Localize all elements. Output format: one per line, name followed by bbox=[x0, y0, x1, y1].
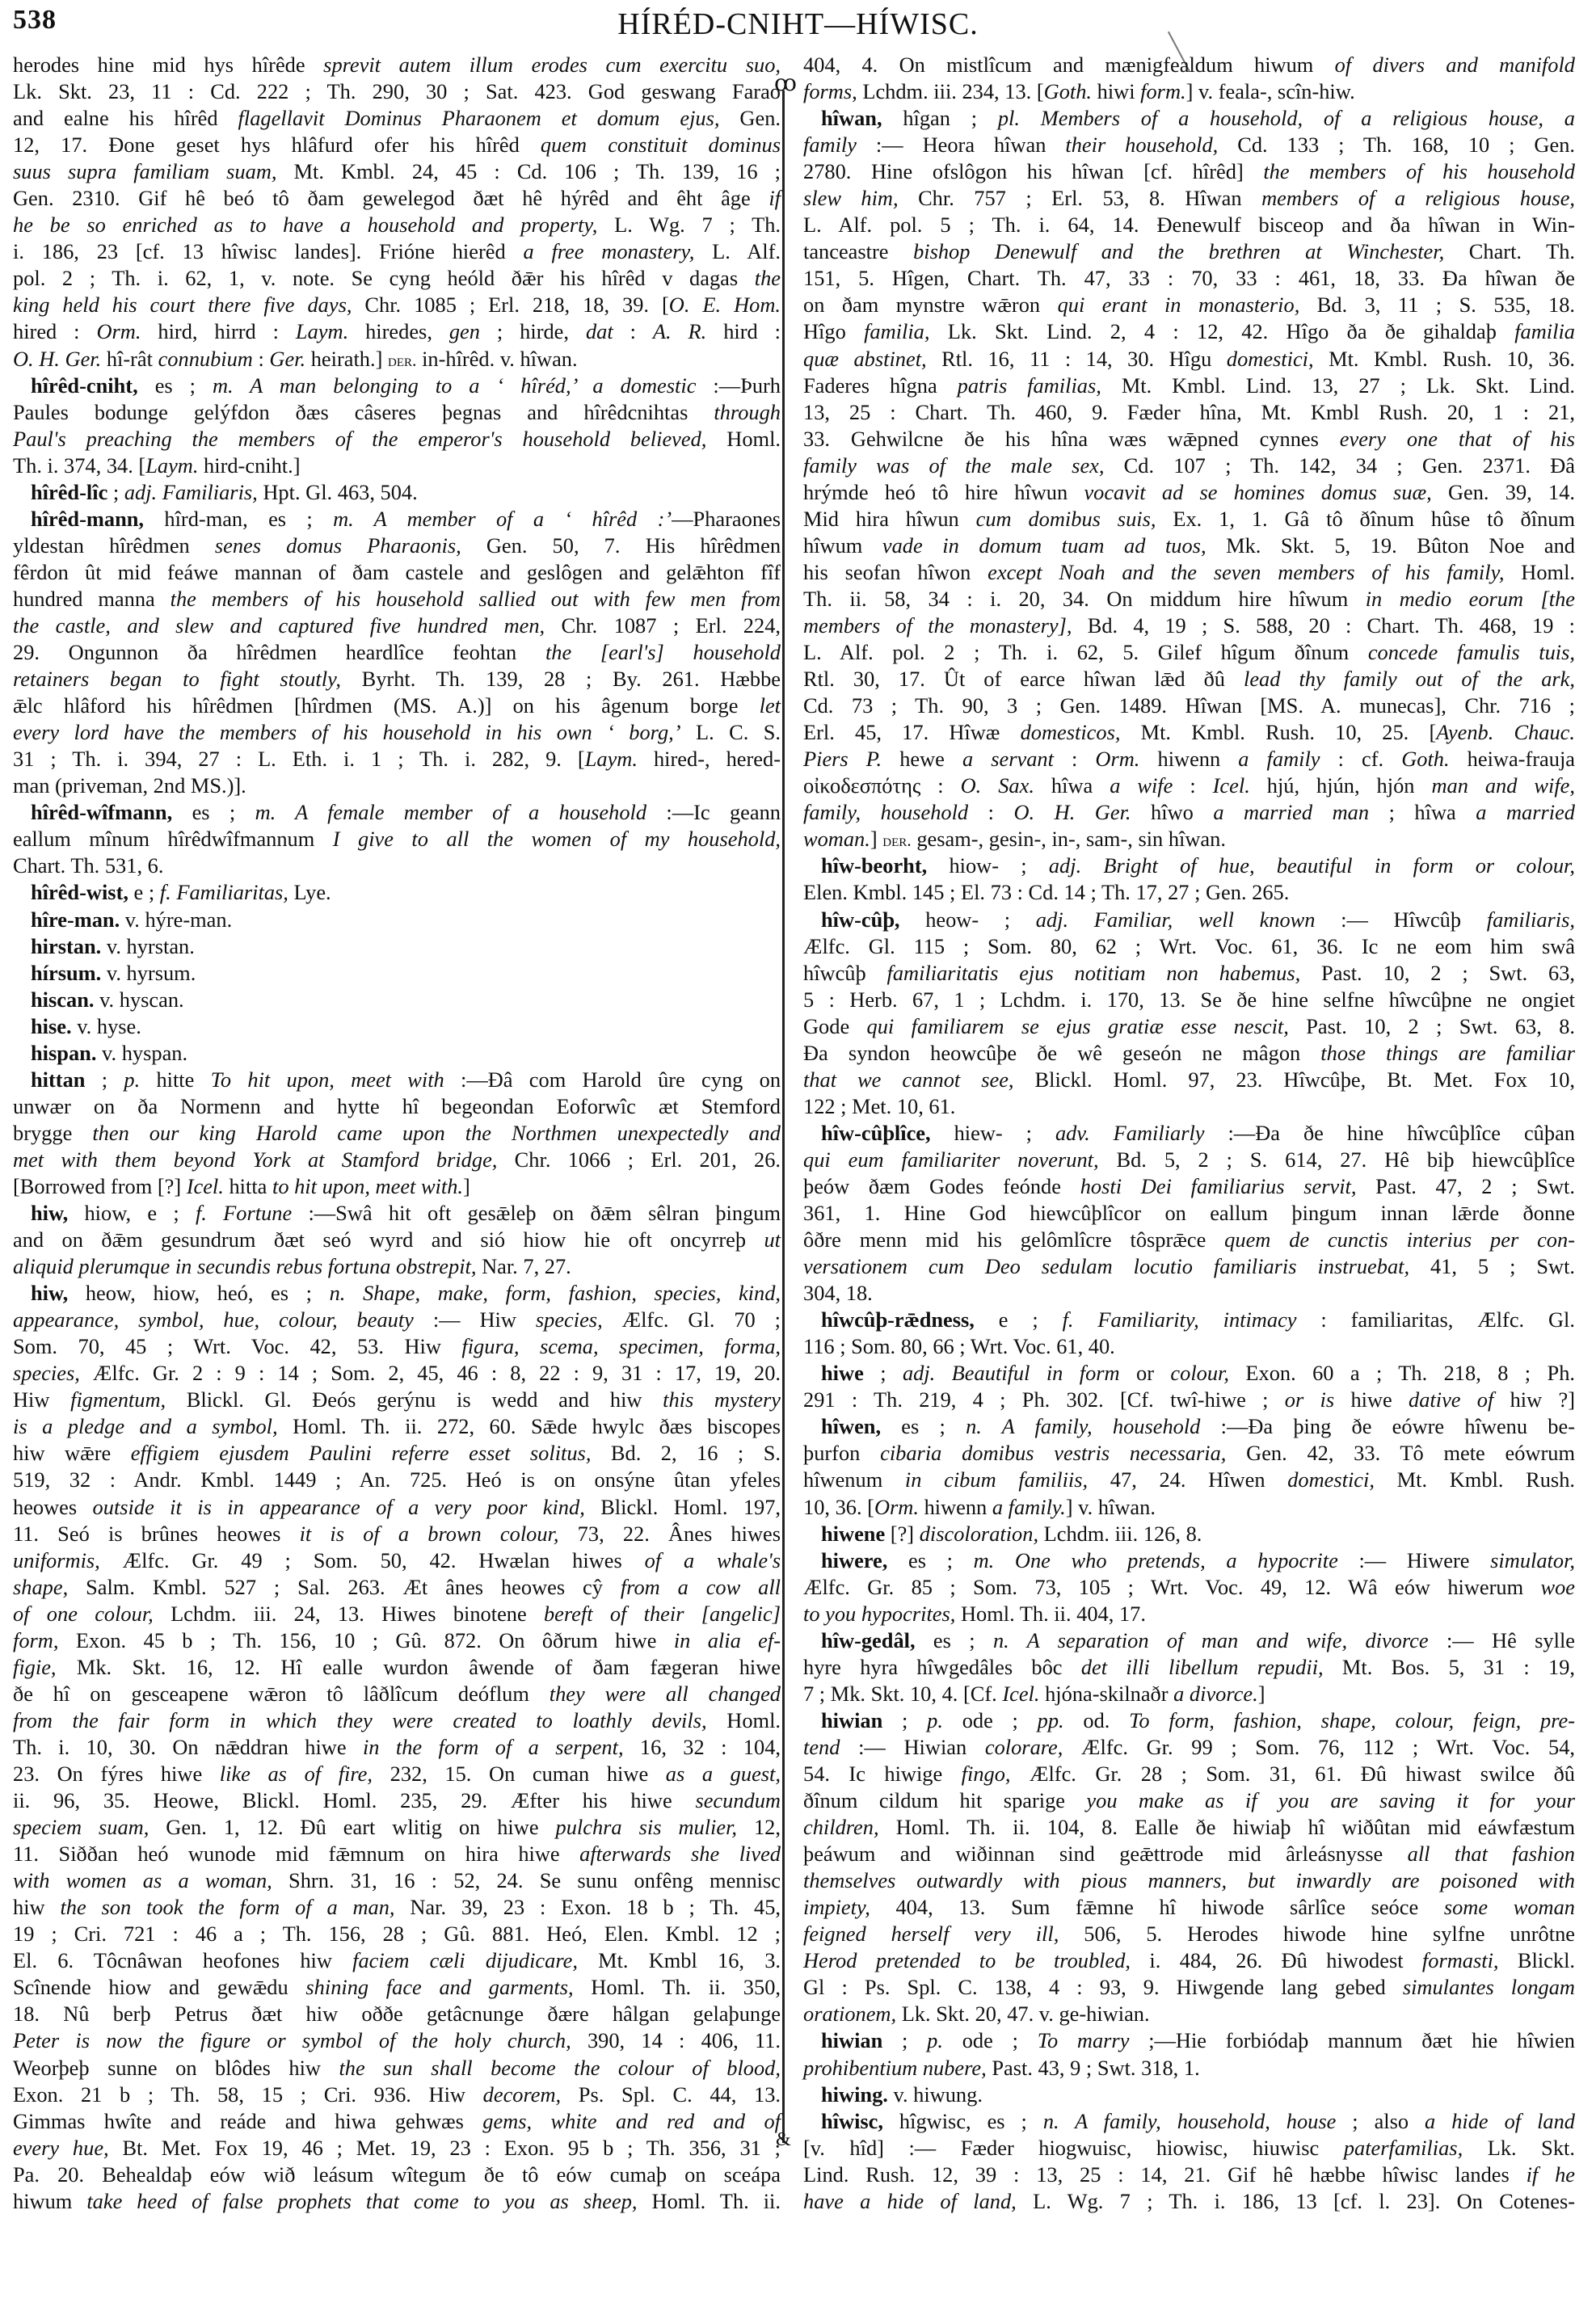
text-line: Ða syndon heowcûþe ðe wê geseón ne mâgon… bbox=[803, 1040, 1575, 1067]
italic-gloss: m. A man belonging to a ‘ hîréd,’ a dome… bbox=[213, 373, 696, 398]
italic-gloss: aliquid plerumque in secundis rebus fort… bbox=[13, 1254, 476, 1278]
italic-gloss: children, bbox=[803, 1815, 879, 1839]
italic-gloss: take heed of false prophets that come to… bbox=[86, 2189, 637, 2213]
italic-gloss: quæ abstinet, bbox=[803, 347, 927, 371]
italic-gloss: forms, bbox=[803, 79, 857, 103]
text-line: hrýmde heó tô hire hîwun vocavit ad se h… bbox=[803, 479, 1575, 506]
italic-gloss: det illi libellum repudii, bbox=[1081, 1655, 1324, 1679]
text-line: ôðre menn mid his gelômlîcre tôsprǣce qu… bbox=[803, 1227, 1575, 1253]
text-line: þeáwum and wiðinnan sind geǣttrode mid â… bbox=[803, 1841, 1575, 1867]
italic-gloss: shape, bbox=[13, 1575, 68, 1599]
text-line: hiwum take heed of false prophets that c… bbox=[13, 2188, 781, 2215]
text-line: hiw the son took the form of a man, Nar.… bbox=[13, 1894, 781, 1921]
italic-gloss: they were all changed bbox=[550, 1682, 781, 1706]
italic-gloss: Laym. bbox=[585, 747, 638, 771]
text-line: Paules bodunge gelýfdon ðæs câseres þegn… bbox=[13, 399, 781, 426]
italic-gloss: shining face and garments, bbox=[305, 1975, 573, 1999]
italic-gloss: feigned herself very ill, bbox=[803, 1922, 1059, 1946]
italic-gloss: adv. Familiarly bbox=[1055, 1121, 1205, 1145]
entry-start-line: hîrêd-lîc ; adj. Familiaris, Hpt. Gl. 46… bbox=[13, 479, 781, 506]
italic-gloss: colour, bbox=[1170, 1361, 1229, 1385]
italic-gloss: from the fair form in which they were cr… bbox=[13, 1708, 707, 1732]
text-line: 291 : Th. 219, 4 ; Ph. 302. [Cf. twî-hiw… bbox=[803, 1387, 1575, 1413]
entry-start-line: hiwing. v. hiwung. bbox=[803, 2082, 1575, 2108]
text-line: woman.] der. gesam-, gesin-, in-, sam-, … bbox=[803, 826, 1575, 852]
text-line: 31 ; Th. i. 394, 27 : L. Eth. i. 1 ; Th.… bbox=[13, 746, 781, 772]
text-line: fêrdon ût mid feáwe mannan of ðam castel… bbox=[13, 559, 781, 586]
italic-gloss: adj. Beautiful in form bbox=[903, 1361, 1120, 1385]
italic-gloss: faciem cæli dijudicare, bbox=[352, 1948, 578, 1972]
right-column: 404, 4. On mistlîcum and mænigfealdum hi… bbox=[803, 52, 1575, 2215]
text-line: family :— Heora hîwan their household, C… bbox=[803, 132, 1575, 158]
italic-gloss: m. One who pretends, a hypocrite bbox=[974, 1548, 1338, 1572]
italic-gloss: n. A family, household bbox=[966, 1414, 1200, 1438]
text-line: king held his court there five days, Chr… bbox=[13, 292, 781, 318]
text-line: Piers P. hewe a servant : Orm. hiwenn a … bbox=[803, 746, 1575, 772]
italic-gloss: through bbox=[714, 400, 781, 424]
text-line: tend :— Hiwian colorare, Ælfc. Gr. 99 ; … bbox=[803, 1734, 1575, 1761]
text-line: eallum mînum hîrêdwîfmannum I give to al… bbox=[13, 826, 781, 852]
italic-gloss: form. bbox=[1140, 79, 1185, 103]
italic-gloss: woe bbox=[1540, 1575, 1575, 1599]
text-line: children, Homl. Th. ii. 104, 8. Ealle ðe… bbox=[803, 1814, 1575, 1841]
text-line: 7 ; Mk. Skt. 10, 4. [Cf. Icel. hjóna-ski… bbox=[803, 1681, 1575, 1707]
italic-gloss: Paul's preaching the members of the empe… bbox=[13, 427, 706, 451]
text-line: have a hide of land, L. Wg. 7 ; Th. i. 1… bbox=[803, 2188, 1575, 2215]
text-line: impiety, 404, 13. Sum fǣmne hî hiwode sâ… bbox=[803, 1894, 1575, 1921]
italic-gloss: retainers began to fight stoutly, bbox=[13, 667, 341, 691]
italic-gloss: figmentum, bbox=[70, 1387, 166, 1412]
text-line: versationem cum Deo sedulam locutio fami… bbox=[803, 1253, 1575, 1280]
entry-start-line: hîw-cûþlîce, hiew- ; adv. Familiarly :—Ð… bbox=[803, 1120, 1575, 1147]
italic-gloss: suus supra familiam suam, bbox=[13, 159, 276, 183]
text-line: heowes outside it is in appearance of a … bbox=[13, 1494, 781, 1521]
entry-start-line: hiwe ; adj. Beautiful in form or colour,… bbox=[803, 1360, 1575, 1387]
text-line: hired : Orm. hird, hirrd : Laym. hiredes… bbox=[13, 318, 781, 345]
italic-gloss: king held his court there five days, bbox=[13, 293, 352, 317]
headword: hîre-man. bbox=[31, 907, 120, 932]
italic-gloss: themselves outwardly with pious manners,… bbox=[803, 1868, 1575, 1892]
text-line: Gimmas hwîte and reáde and hiwa gehwæs g… bbox=[13, 2108, 781, 2135]
text-line: 12, 17. Ðone geset hys hlâfurd ofer his … bbox=[13, 132, 781, 158]
text-line: is a pledge and a symbol, Homl. Th. ii. … bbox=[13, 1413, 781, 1440]
italic-gloss: Laym. bbox=[296, 319, 348, 343]
entry-start-line: hiscan. v. hyscan. bbox=[13, 987, 781, 1013]
left-column: herodes hine mid hys hîrêde sprevit aute… bbox=[13, 52, 781, 2215]
italic-gloss: the son took the form of a man, bbox=[60, 1895, 394, 1919]
entry-start-line: hîrêd-wist, e ; f. Familiaritas, Lye. bbox=[13, 879, 781, 906]
text-line: forms, Lchdm. iii. 234, 13. [Goth. hiwi … bbox=[803, 78, 1575, 105]
text-line: ðînum cildum hit sparige you make as if … bbox=[803, 1787, 1575, 1814]
text-line: El. 6. Tôcnâwan heofones hiw faciem cæli… bbox=[13, 1947, 781, 1974]
italic-gloss: you make as if you are saving it for you… bbox=[1086, 1788, 1575, 1812]
text-line: qui eum familiariter noverunt, Bd. 5, 2 … bbox=[803, 1147, 1575, 1173]
italic-gloss: concede famulis tuis, bbox=[1368, 640, 1575, 664]
italic-gloss: m. A member of a ‘ hîrêd :’ bbox=[333, 507, 672, 531]
text-line: form, Exon. 45 b ; Th. 156, 10 ; Gû. 872… bbox=[13, 1627, 781, 1654]
text-line: themselves outwardly with pious manners,… bbox=[803, 1867, 1575, 1894]
text-line: Exon. 21 b ; Th. 58, 15 ; Cri. 936. Hiw … bbox=[13, 2082, 781, 2108]
text-line: herodes hine mid hys hîrêde sprevit aute… bbox=[13, 52, 781, 78]
text-line: prohibentium nubere, Past. 43, 9 ; Swt. … bbox=[803, 2055, 1575, 2082]
italic-gloss: O. H. Ger. bbox=[1013, 800, 1131, 824]
entry-start-line: hîre-man. v. hýre-man. bbox=[13, 907, 781, 933]
text-line: orationem, Lk. Skt. 20, 47. v. ge-hiwian… bbox=[803, 2001, 1575, 2027]
text-line: Th. ii. 58, 34 : i. 20, 34. On middum hi… bbox=[803, 586, 1575, 612]
entry-start-line: hittan ; p. hitte To hit upon, meet with… bbox=[13, 1067, 781, 1093]
text-line: Hiw figmentum, Blickl. Gl. Ðeós gerýnu i… bbox=[13, 1387, 781, 1413]
italic-gloss: met with them beyond York at Stamford br… bbox=[13, 1147, 497, 1172]
italic-gloss: in the form of a serpent, bbox=[363, 1735, 624, 1759]
italic-gloss: every one that of his bbox=[1340, 427, 1575, 451]
text-line: the castle, and slew and captured five h… bbox=[13, 612, 781, 639]
italic-gloss: f. Familiarity, intimacy bbox=[1063, 1307, 1297, 1332]
italic-gloss: To marry bbox=[1038, 2028, 1130, 2052]
headword: hîwisc, bbox=[821, 2109, 883, 2133]
italic-gloss: then our king Harold came upon the North… bbox=[92, 1121, 781, 1145]
text-line: from the fair form in which they were cr… bbox=[13, 1707, 781, 1734]
text-line: Lk. Skt. 23, 11 : Cd. 222 ; Th. 290, 30 … bbox=[13, 78, 781, 105]
italic-gloss: n. A separation of man and wife, divorce bbox=[993, 1628, 1429, 1652]
italic-gloss: pp. bbox=[1038, 1708, 1064, 1732]
italic-gloss: Herod pretended to be troubled, bbox=[803, 1948, 1131, 1972]
italic-gloss: simulator, bbox=[1490, 1548, 1575, 1572]
italic-gloss: members of a religious house, bbox=[1261, 186, 1575, 210]
headword: hiw, bbox=[31, 1201, 68, 1225]
italic-gloss: quem constituit dominus bbox=[541, 133, 781, 157]
italic-gloss: familiaris, bbox=[1487, 907, 1575, 932]
text-line: Herod pretended to be troubled, i. 484, … bbox=[803, 1947, 1575, 1974]
italic-gloss: from a cow all bbox=[621, 1575, 781, 1599]
italic-gloss: pulchra sis mulier, bbox=[556, 1815, 738, 1839]
text-line: ðe hî on gesceapene wǣron tô lâðlîcum de… bbox=[13, 1681, 781, 1707]
text-line: hiw wǣre effigiem ejusdem Paulini referr… bbox=[13, 1440, 781, 1467]
italic-gloss: O. E. Hom. bbox=[669, 293, 781, 317]
italic-gloss: impiety, bbox=[803, 1895, 870, 1919]
italic-gloss: adj. Familiaris, bbox=[124, 480, 258, 504]
text-line: suus supra familiam suam, Mt. Kmbl. 24, … bbox=[13, 158, 781, 185]
text-line: [Borrowed from [?] Icel. hitta to hit up… bbox=[13, 1173, 781, 1200]
italic-gloss: adj. Familiar, well known bbox=[1036, 907, 1316, 932]
italic-gloss: colorare, bbox=[985, 1735, 1063, 1759]
entry-start-line: hîrêd-mann, hîrd-man, es ; m. A member o… bbox=[13, 506, 781, 532]
entry-start-line: hise. v. hyse. bbox=[13, 1013, 781, 1040]
italic-gloss: f. Familiaritas, bbox=[160, 880, 288, 904]
text-line: 404, 4. On mistlîcum and mænigfealdum hi… bbox=[803, 52, 1575, 78]
italic-gloss: speciem suam, bbox=[13, 1815, 149, 1839]
text-line: L. Alf. pol. 5 ; Th. i. 64, 14. Ðenewulf… bbox=[803, 212, 1575, 238]
italic-gloss: O. H. Ger. bbox=[13, 347, 101, 371]
italic-gloss: bishop Denewulf and the brethren at Winc… bbox=[913, 239, 1444, 263]
italic-gloss: cibaria domibus vestris necessaria, bbox=[880, 1441, 1226, 1465]
entry-start-line: hîwen, es ; n. A family, household :—Ða … bbox=[803, 1413, 1575, 1440]
text-line: ǣlc hlâford his hîrêdmen [hîrdmen (MS. A… bbox=[13, 692, 781, 719]
text-line: Cd. 73 ; Th. 90, 3 ; Gen. 1489. Hîwan [M… bbox=[803, 692, 1575, 719]
text-line: Ælfc. Gl. 115 ; Som. 80, 62 ; Wrt. Voc. … bbox=[803, 933, 1575, 960]
text-line: Chart. Th. 531, 6. bbox=[13, 852, 781, 879]
italic-gloss: those things are familiar bbox=[1320, 1041, 1575, 1065]
italic-gloss: Goth. bbox=[1401, 747, 1449, 771]
italic-gloss: formasti, bbox=[1422, 1948, 1499, 1972]
italic-gloss: sprevit autem illum erodes cum exercitu … bbox=[323, 53, 781, 77]
italic-gloss: in medio eorum [the bbox=[1366, 587, 1575, 611]
text-line: 519, 32 : Andr. Kmbl. 1449 ; An. 725. He… bbox=[13, 1467, 781, 1493]
italic-gloss: he be so enriched as to have a household… bbox=[13, 213, 597, 237]
italic-gloss: slew him, bbox=[803, 186, 899, 210]
italic-gloss: Icel. bbox=[1213, 773, 1250, 798]
headword: hirstan. bbox=[31, 934, 101, 958]
italic-gloss: it is of a brown colour, bbox=[300, 1522, 559, 1546]
italic-gloss: the members of his household sallied out… bbox=[171, 587, 781, 611]
italic-gloss: To hit upon, meet with bbox=[211, 1067, 444, 1092]
italic-gloss: dat bbox=[586, 319, 613, 343]
small-caps-label: der. bbox=[882, 830, 912, 850]
italic-gloss: uniformis, bbox=[13, 1548, 100, 1572]
italic-gloss: qui eum familiariter noverunt, bbox=[803, 1147, 1099, 1172]
text-line: οἰκοδεσπότης : O. Sax. hîwa a wife : Ice… bbox=[803, 772, 1575, 799]
text-line: members of the monastery], Bd. 4, 19 ; S… bbox=[803, 612, 1575, 639]
italic-gloss: I give to all the women of my household, bbox=[333, 827, 781, 851]
italic-gloss: qui familiarem se ejus gratiæ esse nesci… bbox=[867, 1014, 1289, 1038]
headword: hiwing. bbox=[821, 2082, 888, 2107]
text-line: Gode qui familiarem se ejus gratiæ esse … bbox=[803, 1013, 1575, 1040]
italic-gloss: form, bbox=[13, 1628, 58, 1652]
italic-gloss: species, bbox=[13, 1361, 80, 1385]
headword: hiwe bbox=[821, 1361, 864, 1385]
italic-gloss: domesticos, bbox=[1021, 720, 1121, 744]
italic-gloss: if he bbox=[1527, 2162, 1575, 2187]
italic-gloss: paterfamilias, bbox=[1344, 2136, 1463, 2160]
italic-gloss: Orm. bbox=[96, 319, 141, 343]
italic-gloss: ut bbox=[764, 1227, 781, 1252]
italic-gloss: a servant bbox=[962, 747, 1054, 771]
text-line: þurfon cibaria domibus vestris necessari… bbox=[803, 1440, 1575, 1467]
text-line: uniformis, Ælfc. Gr. 49 ; Som. 50, 42. H… bbox=[13, 1547, 781, 1574]
headword: hîrêd-mann, bbox=[31, 507, 144, 531]
italic-gloss: simulantes longam bbox=[1403, 1975, 1575, 1999]
italic-gloss: familia bbox=[1514, 319, 1575, 343]
italic-gloss: gems, white and red and of bbox=[482, 2109, 781, 2133]
italic-gloss: senes domus Pharaonis, bbox=[215, 533, 461, 558]
italic-gloss: let bbox=[760, 693, 781, 718]
italic-gloss: Orm. bbox=[874, 1495, 919, 1519]
headword: hîrêd-wist, bbox=[31, 880, 128, 904]
column-divider bbox=[782, 91, 785, 2143]
italic-gloss: versationem cum Deo sedulam locutio fami… bbox=[803, 1254, 1409, 1278]
entry-start-line: hiwere, es ; m. One who pretends, a hypo… bbox=[803, 1547, 1575, 1574]
italic-gloss: of one colour, bbox=[13, 1602, 154, 1626]
italic-gloss: figura, scema, specimen, forma, bbox=[461, 1334, 781, 1358]
headword: hiwere, bbox=[821, 1548, 887, 1572]
italic-gloss: prohibentium nubere, bbox=[803, 2056, 987, 2080]
italic-gloss: members of the monastery], bbox=[803, 613, 1072, 638]
text-line: O. H. Ger. hî-rât connubium : Ger. heira… bbox=[13, 346, 781, 373]
text-line: Lind. Rush. 12, 39 : 13, 25 : 14, 21. Gi… bbox=[803, 2162, 1575, 2188]
italic-gloss: species, bbox=[536, 1307, 603, 1332]
italic-gloss: if bbox=[769, 186, 781, 210]
italic-gloss: domestici, bbox=[1287, 1467, 1375, 1492]
text-line: i. 186, 23 [cf. 13 hîwisc landes]. Frión… bbox=[13, 238, 781, 265]
text-line: Gl : Ps. Spl. C. 138, 4 : 93, 9. Hiwgend… bbox=[803, 1974, 1575, 2001]
italic-gloss: n. Shape, make, form, fashion, species, … bbox=[330, 1281, 781, 1305]
text-line: 116 ; Som. 80, 66 ; Wrt. Voc. 61, 40. bbox=[803, 1333, 1575, 1360]
text-line: feigned herself very ill, 506, 5. Herode… bbox=[803, 1921, 1575, 1947]
text-line: family, household : O. H. Ger. hîwo a ma… bbox=[803, 799, 1575, 826]
italic-gloss: Orm. bbox=[1095, 747, 1139, 771]
text-line: ii. 96, 35. Heowe, Blickl. Homl. 235, 29… bbox=[13, 1787, 781, 1814]
italic-gloss: is a pledge and a symbol, bbox=[13, 1414, 278, 1438]
text-line: hîwcûþ familiaritatis ejus notitiam non … bbox=[803, 960, 1575, 987]
italic-gloss: quem de cunctis interius per con- bbox=[1224, 1227, 1575, 1252]
text-line: pol. 2 ; Th. i. 62, 1, v. note. Se cyng … bbox=[13, 265, 781, 292]
italic-gloss: Piers P. bbox=[803, 747, 882, 771]
text-line: man (priveman, 2nd MS.)]. bbox=[13, 772, 781, 799]
headword: hîrêd-wîfmann, bbox=[31, 800, 172, 824]
italic-gloss: flagellavit Dominus Pharaonem et domum e… bbox=[238, 106, 720, 130]
italic-gloss: this mystery bbox=[663, 1387, 781, 1412]
text-line: shape, Salm. Kmbl. 527 ; Sal. 263. Æt ân… bbox=[13, 1574, 781, 1601]
italic-gloss: effigiem ejusdem Paulini referre esset s… bbox=[131, 1441, 592, 1465]
text-line: Elen. Kmbl. 145 ; El. 73 : Cd. 14 ; Th. … bbox=[803, 879, 1575, 906]
text-line: Som. 70, 45 ; Wrt. Voc. 42, 53. Hiw figu… bbox=[13, 1333, 781, 1360]
italic-gloss: a divorce. bbox=[1173, 1682, 1258, 1706]
italic-gloss: family, household bbox=[803, 800, 968, 824]
text-line: Th. i. 10, 30. On nǣddran hiwe in the fo… bbox=[13, 1734, 781, 1761]
text-line: brygge then our king Harold came upon th… bbox=[13, 1120, 781, 1147]
text-line: retainers began to fight stoutly, Byrht.… bbox=[13, 666, 781, 692]
text-line: aliquid plerumque in secundis rebus fort… bbox=[13, 1253, 781, 1280]
headword: hispan. bbox=[31, 1041, 96, 1065]
italic-gloss: lead thy family out of the ark, bbox=[1244, 667, 1575, 691]
text-line: hundred manna the members of his househo… bbox=[13, 586, 781, 612]
italic-gloss: patris familias, bbox=[958, 373, 1101, 398]
text-line: yldestan hîrêdmen senes domus Pharaonis,… bbox=[13, 532, 781, 559]
italic-gloss: all that fashion bbox=[1408, 1842, 1575, 1866]
entry-start-line: hiwian ; p. ode ; pp. od. To form, fashi… bbox=[803, 1707, 1575, 1734]
text-line: Scînende hiow and gewǣdu shining face an… bbox=[13, 1974, 781, 2001]
italic-gloss: the members of his household bbox=[1263, 159, 1575, 183]
entry-start-line: hîwisc, hîgwisc, es ; n. A family, house… bbox=[803, 2108, 1575, 2135]
text-line: [v. hîd] :— Fæder hiogwuisc, hiowisc, hi… bbox=[803, 2135, 1575, 2162]
italic-gloss: Ayenb. Chauc. bbox=[1436, 720, 1575, 744]
italic-gloss: vocavit ad se homines domus suæ, bbox=[1084, 480, 1431, 504]
entry-start-line: hiwene [?] discoloration, Lchdm. iii. 12… bbox=[803, 1521, 1575, 1547]
text-line: slew him, Chr. 757 ; Erl. 53, 8. Hîwan m… bbox=[803, 185, 1575, 212]
text-line: tanceastre bishop Denewulf and the breth… bbox=[803, 238, 1575, 265]
text-line: he be so enriched as to have a household… bbox=[13, 212, 781, 238]
headword: hîrêd-cniht, bbox=[31, 373, 138, 398]
entry-start-line: hiwian ; p. ode ; To marry ;—Hie forbiód… bbox=[803, 2027, 1575, 2054]
italic-gloss: qui erant in monasterio, bbox=[1058, 293, 1300, 317]
headword: hiwian bbox=[821, 2028, 882, 2052]
headword: hîrêd-lîc bbox=[31, 480, 107, 504]
italic-gloss: the castle, and slew and captured five h… bbox=[13, 613, 545, 638]
italic-gloss: in cibum familiis, bbox=[905, 1467, 1088, 1492]
italic-gloss: the [earl's] household bbox=[545, 640, 781, 664]
headword: hise. bbox=[31, 1014, 72, 1038]
text-line: 11. Siððan heó wunode mid fǣmnum on hira… bbox=[13, 1841, 781, 1867]
text-line: hîwum vade in domum tuam ad tuos, Mk. Sk… bbox=[803, 532, 1575, 559]
headword: hírsum. bbox=[31, 961, 101, 985]
italic-gloss: the bbox=[755, 266, 781, 290]
italic-gloss: secundum bbox=[695, 1788, 781, 1812]
italic-gloss: except Noah and the seven members of his… bbox=[987, 560, 1504, 584]
italic-gloss: m. A female member of a household bbox=[255, 800, 646, 824]
italic-gloss: Icel. bbox=[1002, 1682, 1039, 1706]
text-line: Pa. 20. Behealdaþ eów wið leásum wîtegum… bbox=[13, 2162, 781, 2188]
italic-gloss: to hit upon, meet with. bbox=[272, 1174, 463, 1198]
italic-gloss: orationem, bbox=[803, 2002, 896, 2026]
text-line: Hîgo familia, Lk. Skt. Lind. 2, 4 : 12, … bbox=[803, 318, 1575, 345]
italic-gloss: connubium bbox=[158, 347, 253, 371]
italic-gloss: bereft of their [angelic] bbox=[544, 1602, 781, 1626]
italic-gloss: p. bbox=[927, 1708, 943, 1732]
text-line: Paul's preaching the members of the empe… bbox=[13, 426, 781, 453]
italic-gloss: To form, fashion, shape, colour, feign, … bbox=[1129, 1708, 1575, 1732]
italic-gloss: that we cannot see, bbox=[803, 1067, 1014, 1092]
text-line: every lord have the members of his house… bbox=[13, 719, 781, 746]
text-line: species, Ælfc. Gr. 2 : 9 : 14 ; Som. 2, … bbox=[13, 1360, 781, 1387]
italic-gloss: Ger. bbox=[269, 347, 305, 371]
text-line: Ælfc. Gr. 85 ; Som. 73, 105 ; Wrt. Voc. … bbox=[803, 1574, 1575, 1601]
text-line: 29. Ongunnon ða hîrêdmen heardlîce feoht… bbox=[13, 639, 781, 666]
italic-gloss: gen bbox=[449, 319, 480, 343]
text-line: 2780. Hine ofslôgon his hîwan [cf. hîrêd… bbox=[803, 158, 1575, 185]
text-line: and on ðǣm gesundrum ðæt seó wyrd and si… bbox=[13, 1227, 781, 1253]
italic-gloss: their household, bbox=[1065, 133, 1218, 157]
italic-gloss: tend bbox=[803, 1735, 840, 1759]
text-line: on ðam mynstre wǣron qui erant in monast… bbox=[803, 292, 1575, 318]
italic-gloss: with women as a woman, bbox=[13, 1868, 272, 1892]
headword: hîwen, bbox=[821, 1414, 881, 1438]
headword: hîw-gedâl, bbox=[821, 1628, 916, 1652]
italic-gloss: A. R. bbox=[653, 319, 706, 343]
italic-gloss: Goth. bbox=[1044, 79, 1092, 103]
italic-gloss: woman. bbox=[803, 827, 870, 851]
italic-gloss: Peter is now the figure or symbol of the… bbox=[13, 2028, 571, 2052]
text-line: Rtl. 30, 17. Ût of earce hîwan lǣd ðû le… bbox=[803, 666, 1575, 692]
italic-gloss: have a hide of land, bbox=[803, 2189, 1017, 2213]
text-line: appearance, symbol, hue, colour, beauty … bbox=[13, 1307, 781, 1333]
italic-gloss: afterwards she lived bbox=[579, 1842, 781, 1866]
entry-start-line: hiw, hiow, e ; f. Fortune :—Swâ hit oft … bbox=[13, 1200, 781, 1227]
italic-gloss: Laym. bbox=[145, 453, 198, 478]
text-line: 54. Ic hiwige fingo, Ælfc. Gr. 28 ; Som.… bbox=[803, 1761, 1575, 1787]
italic-gloss: n. A family, household, house bbox=[1043, 2109, 1337, 2133]
text-line: 19 ; Cri. 721 : 46 a ; Th. 156, 28 ; Gû.… bbox=[13, 1921, 781, 1947]
italic-gloss: a family bbox=[1238, 747, 1320, 771]
text-line: Peter is now the figure or symbol of the… bbox=[13, 2027, 781, 2054]
italic-gloss: the sun shall become the colour of blood… bbox=[339, 2056, 781, 2080]
text-line: his seofan hîwon except Noah and the sev… bbox=[803, 559, 1575, 586]
text-line: Erl. 45, 17. Hîwæ domesticos, Mt. Kmbl. … bbox=[803, 719, 1575, 746]
text-line: 361, 1. Hine God hiewcûþlîcor on eallum … bbox=[803, 1200, 1575, 1227]
italic-gloss: every lord have the members of his house… bbox=[13, 720, 681, 744]
italic-gloss: man and wife, bbox=[1431, 773, 1575, 798]
headword: hîwcûþ-rǣdness, bbox=[821, 1307, 975, 1332]
small-caps-label: der. bbox=[388, 350, 417, 370]
italic-gloss: dative of bbox=[1409, 1387, 1493, 1412]
italic-gloss: of a whale's bbox=[645, 1548, 781, 1572]
italic-gloss: appearance, symbol, hue, colour, beauty bbox=[13, 1307, 414, 1332]
entry-start-line: hîrêd-cniht, es ; m. A man belonging to … bbox=[13, 373, 781, 399]
italic-gloss: O. Sax. bbox=[961, 773, 1034, 798]
text-line: Mid hira hîwun cum domibus suis, Ex. 1, … bbox=[803, 506, 1575, 532]
text-line: 23. On fýres hiwe like as of fire, 232, … bbox=[13, 1761, 781, 1787]
text-line: Th. i. 374, 34. [Laym. hird-cniht.] bbox=[13, 453, 781, 479]
italic-gloss: like as of fire, bbox=[220, 1762, 373, 1786]
text-line: hyre hyra hîwgedâles bôc det illi libell… bbox=[803, 1654, 1575, 1681]
